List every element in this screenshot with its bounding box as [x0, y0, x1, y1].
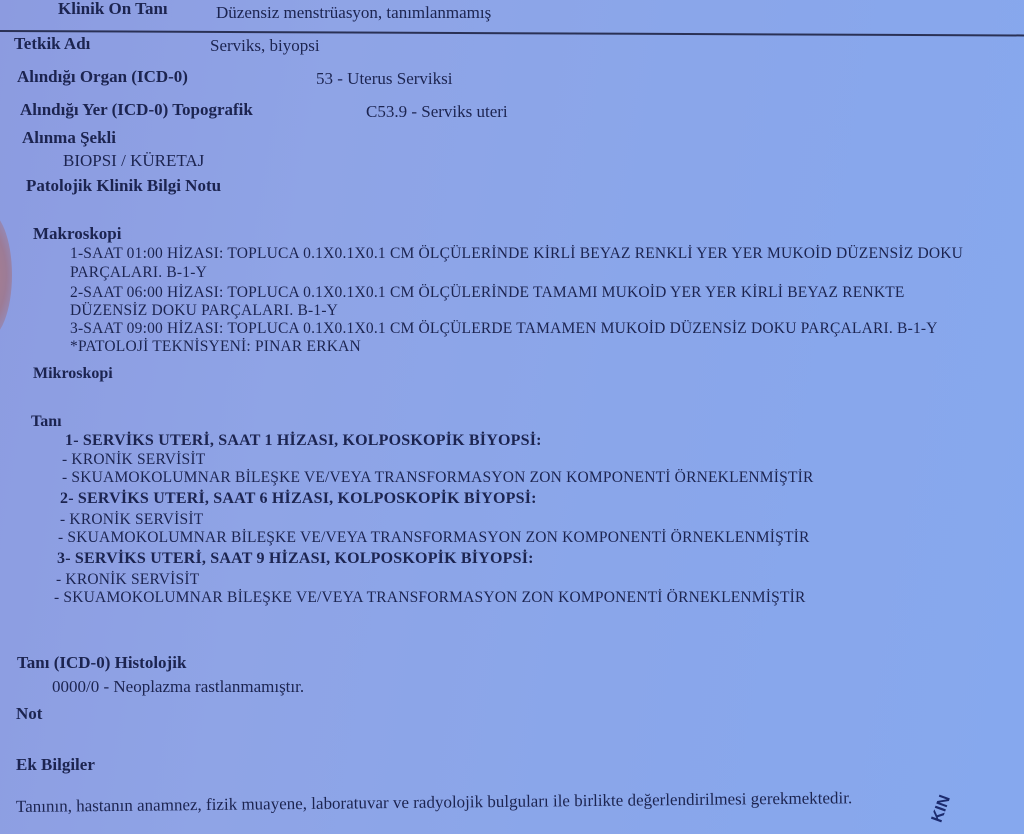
- tetkik-label: Tetkik Adı: [14, 34, 90, 54]
- tani-finding: - SKUAMOKOLUMNAR BİLEŞKE VE/VEYA TRANSFO…: [54, 588, 806, 608]
- not-label: Not: [16, 704, 42, 724]
- tani-finding: - KRONİK SERVİSİT: [56, 570, 199, 590]
- ek-bilgiler-text: Tanının, hastanın anamnez, fizik muayene…: [16, 788, 852, 817]
- histolojik-value: 0000/0 - Neoplazma rastlanmamıştır.: [52, 677, 304, 697]
- header-divider: [0, 30, 1024, 36]
- histolojik-label: Tanı (ICD-0) Histolojik: [17, 653, 186, 673]
- yer-value: C53.9 - Serviks uteri: [366, 102, 508, 122]
- klinik-bilgi-label: Patolojik Klinik Bilgi Notu: [26, 176, 221, 196]
- tani-finding: - SKUAMOKOLUMNAR BİLEŞKE VE/VEYA TRANSFO…: [58, 528, 810, 548]
- finger-shadow: [0, 210, 12, 340]
- tani-finding: - KRONİK SERVİSİT: [60, 510, 203, 530]
- tani-item-title: 3- SERVİKS UTERİ, SAAT 9 HİZASI, KOLPOSK…: [57, 549, 534, 569]
- tani-item-title: 1- SERVİKS UTERİ, SAAT 1 HİZASI, KOLPOSK…: [65, 431, 542, 451]
- makroskopi-line: 2-SAAT 06:00 HİZASI: TOPLUCA 0.1X0.1X0.1…: [70, 283, 905, 303]
- makroskopi-line: 1-SAAT 01:00 HİZASI: TOPLUCA 0.1X0.1X0.1…: [70, 244, 963, 264]
- yer-label: Alındığı Yer (ICD-0) Topografik: [20, 100, 253, 120]
- klinik-on-tani-value: Düzensiz menstrüasyon, tanımlanmamış: [216, 3, 491, 23]
- klinik-on-tani-label: Klinik On Tanı: [58, 0, 168, 19]
- organ-label: Alındığı Organ (ICD-0): [17, 67, 188, 87]
- alinma-value: BIOPSI / KÜRETAJ: [63, 151, 204, 171]
- tani-finding: - KRONİK SERVİSİT: [62, 450, 205, 470]
- makroskopi-line: 3-SAAT 09:00 HİZASI: TOPLUCA 0.1X0.1X0.1…: [70, 319, 938, 339]
- makroskopi-line: DÜZENSİZ DOKU PARÇALARI. B-1-Y: [70, 301, 338, 321]
- pathology-report-photo: Klinik On Tanı Düzensiz menstrüasyon, ta…: [0, 0, 1024, 834]
- alinma-label: Alınma Şekli: [22, 128, 116, 148]
- stamp-fragment: KIN: [929, 793, 955, 825]
- mikroskopi-label: Mikroskopi: [33, 364, 113, 384]
- tani-finding: - SKUAMOKOLUMNAR BİLEŞKE VE/VEYA TRANSFO…: [62, 468, 814, 488]
- organ-value: 53 - Uterus Serviksi: [316, 69, 452, 89]
- tani-label: Tanı: [31, 412, 62, 432]
- makroskopi-line: *PATOLOJİ TEKNİSYENİ: PINAR ERKAN: [70, 337, 361, 357]
- tetkik-value: Serviks, biyopsi: [210, 36, 320, 56]
- ek-bilgiler-label: Ek Bilgiler: [16, 755, 95, 775]
- makroskopi-line: PARÇALARI. B-1-Y: [70, 263, 207, 283]
- tani-item-title: 2- SERVİKS UTERİ, SAAT 6 HİZASI, KOLPOSK…: [60, 489, 537, 509]
- makroskopi-label: Makroskopi: [33, 224, 122, 244]
